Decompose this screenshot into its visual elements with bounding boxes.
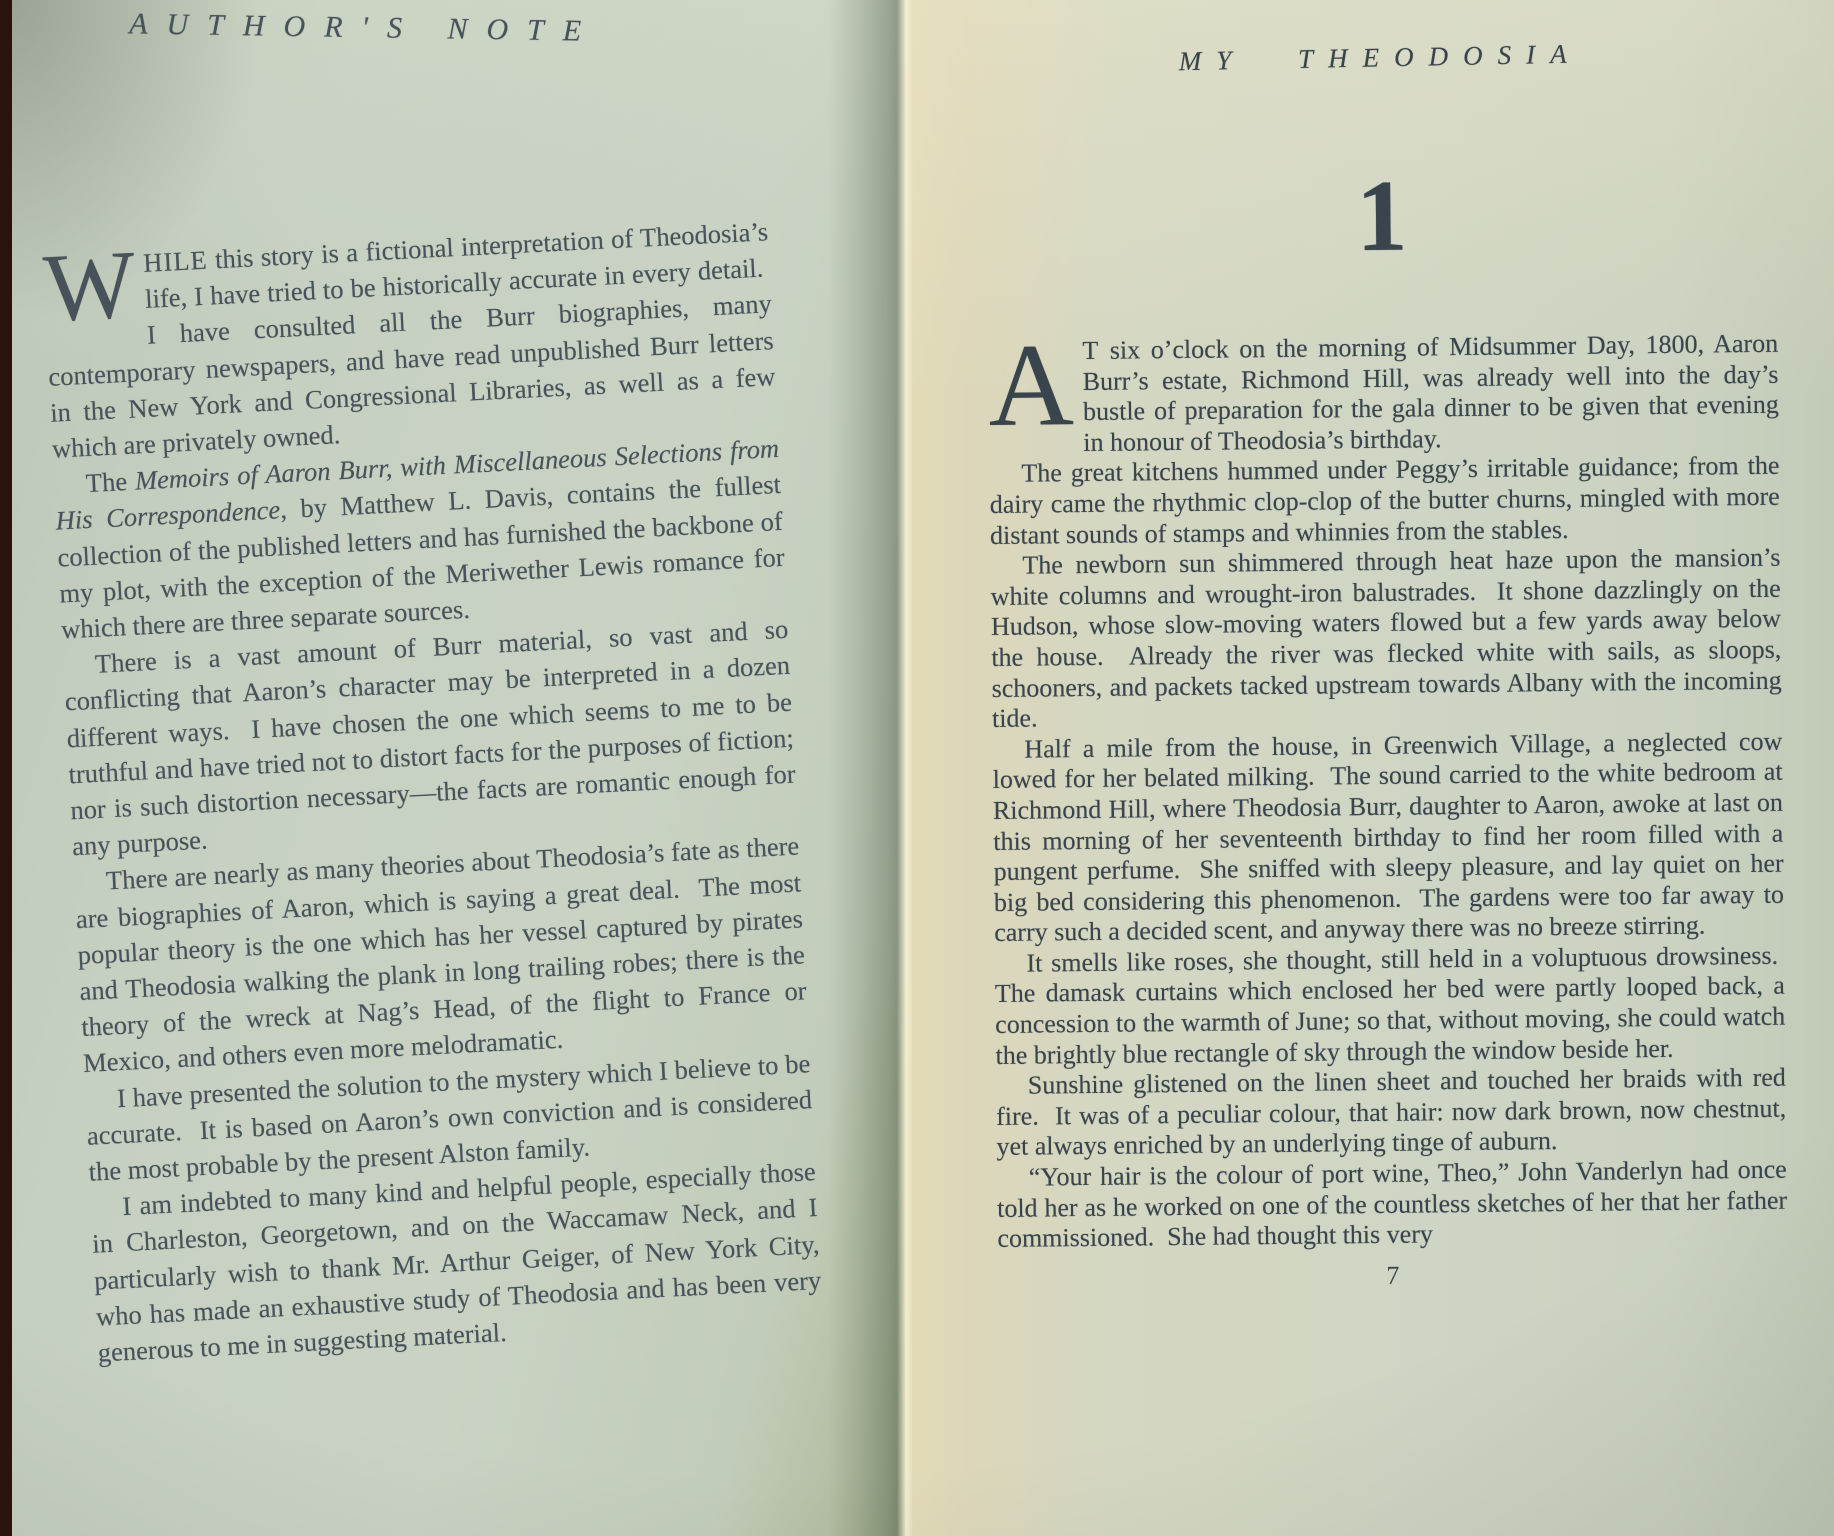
text-segment: The newborn sun shimmered through heat h…: [991, 543, 1782, 733]
chapter-number: 1: [986, 169, 1777, 265]
text-segment: It smells like roses, she thought, still…: [995, 941, 1786, 1070]
text-segment: I am indebted to many kind and helpful p…: [92, 1156, 822, 1367]
text-segment: six o’clock on the morning of Midsummer …: [1083, 329, 1779, 457]
text-segment: The great kitchens hummed under Peggy’s …: [990, 451, 1780, 549]
book-photo: AUTHOR'S NOTE WHILE this story is a fict…: [0, 0, 1834, 1536]
paragraph: It smells like roses, she thought, still…: [994, 941, 1785, 1072]
paragraph: AT six o’clock on the morning of Midsumm…: [988, 329, 1779, 460]
paragraph: The great kitchens hummed under Peggy’s …: [989, 451, 1780, 551]
paragraph: The newborn sun shimmered through heat h…: [990, 543, 1782, 735]
drop-cap: W: [42, 248, 137, 325]
text-segment: “Your hair is the colour of port wine, T…: [997, 1155, 1787, 1253]
right-page-body: AT six o’clock on the morning of Midsumm…: [988, 329, 1788, 1255]
paragraph: Sunshine glistened on the linen sheet an…: [996, 1063, 1787, 1163]
text-segment: Sunshine glistened on the linen sheet an…: [996, 1063, 1786, 1161]
text-segment: T: [1082, 336, 1099, 365]
page-gutter: [828, 0, 912, 1536]
paragraph: “Your hair is the colour of port wine, T…: [997, 1155, 1788, 1255]
paragraph: There is a vast amount of Burr material,…: [62, 611, 798, 865]
paragraph: There are nearly as many theories about …: [73, 828, 809, 1082]
text-segment: The: [85, 466, 136, 498]
paragraph: WHILE this story is a fictional interpre…: [42, 213, 778, 467]
text-segment: There is a vast amount of Burr material,…: [64, 614, 796, 861]
paragraph: The Memoirs of Aaron Burr, with Miscella…: [53, 430, 787, 648]
text-segment: There are nearly as many theories about …: [75, 831, 807, 1078]
paragraph: I am indebted to many kind and helpful p…: [90, 1153, 824, 1371]
text-segment: HILE: [143, 245, 209, 278]
text-segment: Half a mile from the house, in Greenwich…: [992, 726, 1784, 947]
left-page-body: WHILE this story is a fictional interpre…: [42, 213, 824, 1371]
paragraph: Half a mile from the house, in Greenwich…: [992, 726, 1784, 948]
drop-cap: A: [988, 339, 1074, 432]
right-page-column: MY THEODOSIA 1 AT six o’clock on the mor…: [985, 42, 1788, 1295]
